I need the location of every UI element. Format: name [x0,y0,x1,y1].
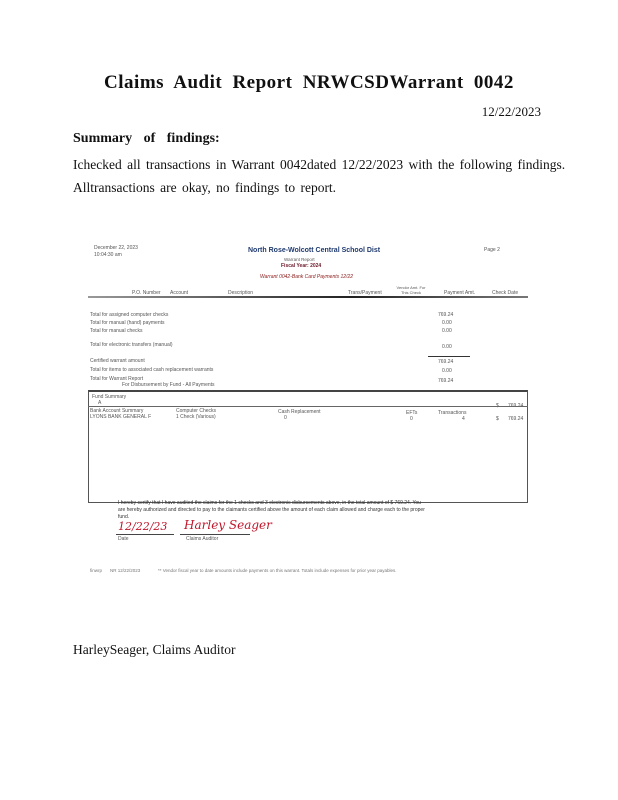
certification-text: I hereby certify that I have audited the… [118,500,428,521]
report-name: Warrant Report [284,257,315,262]
fund-caption: For Disbursement by Fund - All Payments [122,382,215,388]
total-label-4: Total for electronic transfers (manual) [90,342,173,348]
footer-left: finwrp [90,568,102,573]
total-label-3: Total for manual checks [90,328,143,334]
total-value-4: 0.00 [442,344,452,350]
summary-heading: Summary of findings: [73,131,220,147]
bank-row-computer-checks: 1 Check (Various) [176,414,216,420]
signature-date: 12/22/23 [118,520,167,533]
footer-mid: NR 12/22/2023 [110,568,140,573]
bank-row-transactions: 4 [462,416,465,422]
auditor-signature: Harley Seager [184,518,272,532]
fund-summary-rule [88,406,528,407]
bank-row-efts: 0 [410,416,413,422]
date-signature-line [116,534,174,535]
bank-row-cash-replacement: 0 [284,415,287,421]
subtotal-rule [428,356,470,357]
bank-row-currency: $ [496,416,499,422]
col-vendor-amount: Vendor Amt. For This Check [394,285,428,295]
page-number: Page 2 [484,247,500,253]
total-value-1: 769.24 [438,312,453,318]
total-value-7: 769.24 [438,378,453,384]
bank-row-total: 769.24 [508,416,523,422]
total-value-2: 0.00 [442,320,452,326]
total-label-5: Certified warrant amount [90,358,145,364]
report-date: 12/22/2023 [482,104,541,120]
organization-name: North Rose-Wolcott Central School Dist [248,247,380,254]
warrant-line: Warrant 0042-Bank Card Payments 12/22 [260,274,353,280]
header-rule [88,296,528,298]
print-date: December 22, 2023 [94,245,138,251]
date-label: Date [118,536,129,542]
auditor-signoff: HarleySeager, Claims Auditor [73,642,236,658]
total-label-1: Total for assigned computer checks [90,312,168,318]
print-time: 10:04:30 am [94,252,122,258]
report-title: Claims Audit Report NRWCSDWarrant 0042 [0,72,618,94]
bank-row-account: LYONS BANK GENERAL F [90,414,151,420]
auditor-signature-line [180,534,250,535]
auditor-label: Claims Auditor [186,536,218,542]
total-label-2: Total for manual (hand) payments [90,320,164,326]
embedded-warrant-report-scan: December 22, 2023 10:04:30 am Page 2 Nor… [88,242,534,582]
total-label-6: Total for items to associated cash repla… [90,367,213,373]
total-value-3: 0.00 [442,328,452,334]
footer-note: ** Vendor fiscal year to date amounts in… [158,568,397,573]
total-value-5: 769.24 [438,359,453,365]
finding-paragraph-1: Ichecked all transactions in Warrant 004… [73,157,565,173]
finding-paragraph-2: Alltransactions are okay, no findings to… [73,180,336,196]
fiscal-year: Fiscal Year: 2024 [281,263,321,269]
total-value-6: 0.00 [442,368,452,374]
